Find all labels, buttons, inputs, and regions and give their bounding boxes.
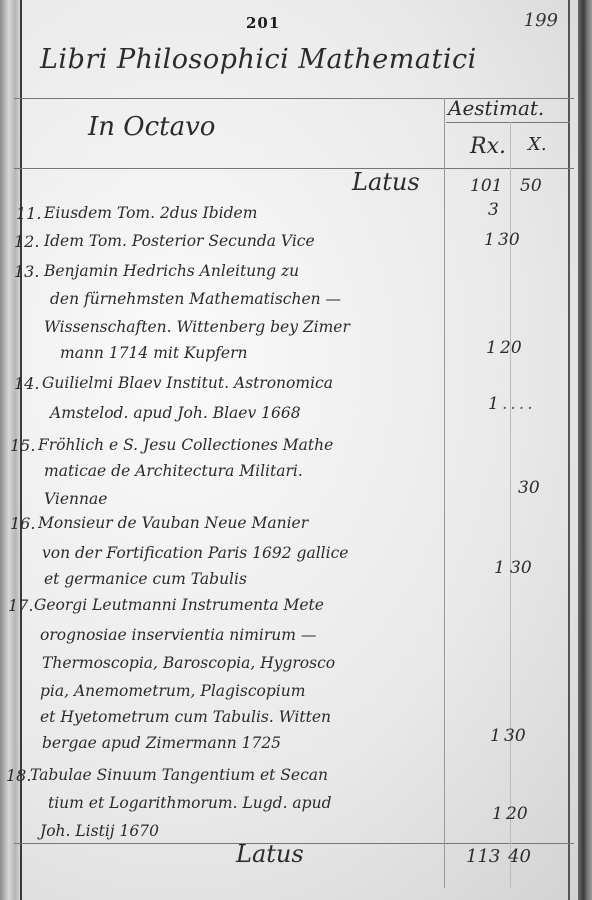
entry-line: Wissenschaften. Wittenberg bey Zimer	[44, 318, 350, 336]
entry-line: von der Fortification Paris 1692 gallice	[42, 544, 348, 562]
column-heading-aestimatio: Aestimat.	[448, 96, 544, 120]
entry-line: Eiusdem Tom. 2dus Ibidem	[44, 204, 257, 222]
entry-rix: 1	[486, 338, 497, 358]
entry-line: Georgi Leutmanni Instrumenta Mete	[34, 596, 324, 614]
entry-line: bergae apud Zimermann 1725	[42, 734, 281, 752]
entry-line: Fröhlich e S. Jesu Collectiones Mathe	[38, 436, 333, 454]
entry-line: Monsieur de Vauban Neue Manier	[38, 514, 308, 532]
entry-rix: 1	[494, 558, 505, 578]
entry-rix: 1	[492, 804, 503, 824]
total-x: 40	[508, 846, 531, 867]
rule-under-header	[14, 168, 574, 169]
entry-rix: 1	[484, 230, 495, 250]
entry-number: 16.	[10, 514, 35, 533]
entry-line: den fürnehmsten Mathematischen —	[50, 290, 341, 308]
entry-line: Viennae	[44, 490, 107, 508]
entry-line: Tabulae Sinuum Tangentium et Secan	[30, 766, 328, 784]
entry-x: 30	[510, 558, 532, 578]
entry-line: pia, Anemometrum, Plagiscopium	[40, 682, 305, 700]
entry-number: 13.	[14, 262, 39, 281]
entry-line: maticae de Architectura Militari.	[44, 462, 303, 480]
entry-x: 30	[504, 726, 526, 746]
entry-number: 17.	[8, 596, 33, 615]
page-title: Libri Philosophici Mathematici	[40, 44, 477, 75]
entry-number: 15.	[10, 436, 35, 455]
entry-line: Thermoscopia, Baroscopia, Hygrosco	[42, 654, 335, 672]
entry-x: 20	[500, 338, 522, 358]
folio-number: 199	[524, 10, 558, 31]
entry-line: Idem Tom. Posterior Secunda Vice	[44, 232, 315, 250]
column-subheading-rix: Rx.	[470, 134, 506, 159]
entry-line: Guilielmi Blaev Institut. Astronomica	[42, 374, 333, 392]
entry-x: 20	[506, 804, 528, 824]
book-binding-right	[578, 0, 592, 900]
entry-rix: 1	[490, 726, 501, 746]
entry-line: Amstelod. apud Joh. Blaev 1668	[50, 404, 301, 422]
entry-x: 30	[518, 478, 540, 498]
entry-line: et Hyetometrum cum Tabulis. Witten	[40, 708, 331, 726]
entry-x: 30	[498, 230, 520, 250]
margin-line-right	[568, 0, 570, 900]
entry-line: orognosiae inservientia nimirum —	[40, 626, 316, 644]
carry-forward-x: 50	[520, 176, 542, 196]
entry-line: et germanice cum Tabulis	[44, 570, 247, 588]
ledger-page: 201 199 Libri Philosophici Mathematici I…	[0, 0, 592, 900]
total-rix: 113	[466, 846, 500, 867]
carry-forward-rix: 101	[470, 176, 502, 196]
column-subheading-x: X.	[528, 134, 547, 155]
entry-line: Joh. Listij 1670	[40, 822, 159, 840]
rule-under-column-head	[446, 122, 570, 123]
carry-forward-label: Latus	[352, 168, 420, 196]
entry-line: Benjamin Hedrichs Anleitung zu	[44, 262, 299, 280]
entry-number: 18.	[6, 766, 31, 785]
entry-rix: 3	[488, 200, 499, 220]
entry-number: 14.	[14, 374, 39, 393]
entry-number: 11.	[16, 204, 41, 223]
entry-rix: 1	[488, 394, 499, 414]
column-divider-left	[444, 98, 445, 888]
entry-dots: ....	[502, 394, 536, 414]
page-subtitle: In Octavo	[88, 112, 215, 142]
total-label: Latus	[236, 840, 304, 868]
entry-number: 12.	[14, 232, 39, 251]
entry-line: mann 1714 mit Kupfern	[60, 344, 247, 362]
stamped-page-number: 201	[246, 14, 280, 32]
entry-line: tium et Logarithmorum. Lugd. apud	[48, 794, 332, 812]
